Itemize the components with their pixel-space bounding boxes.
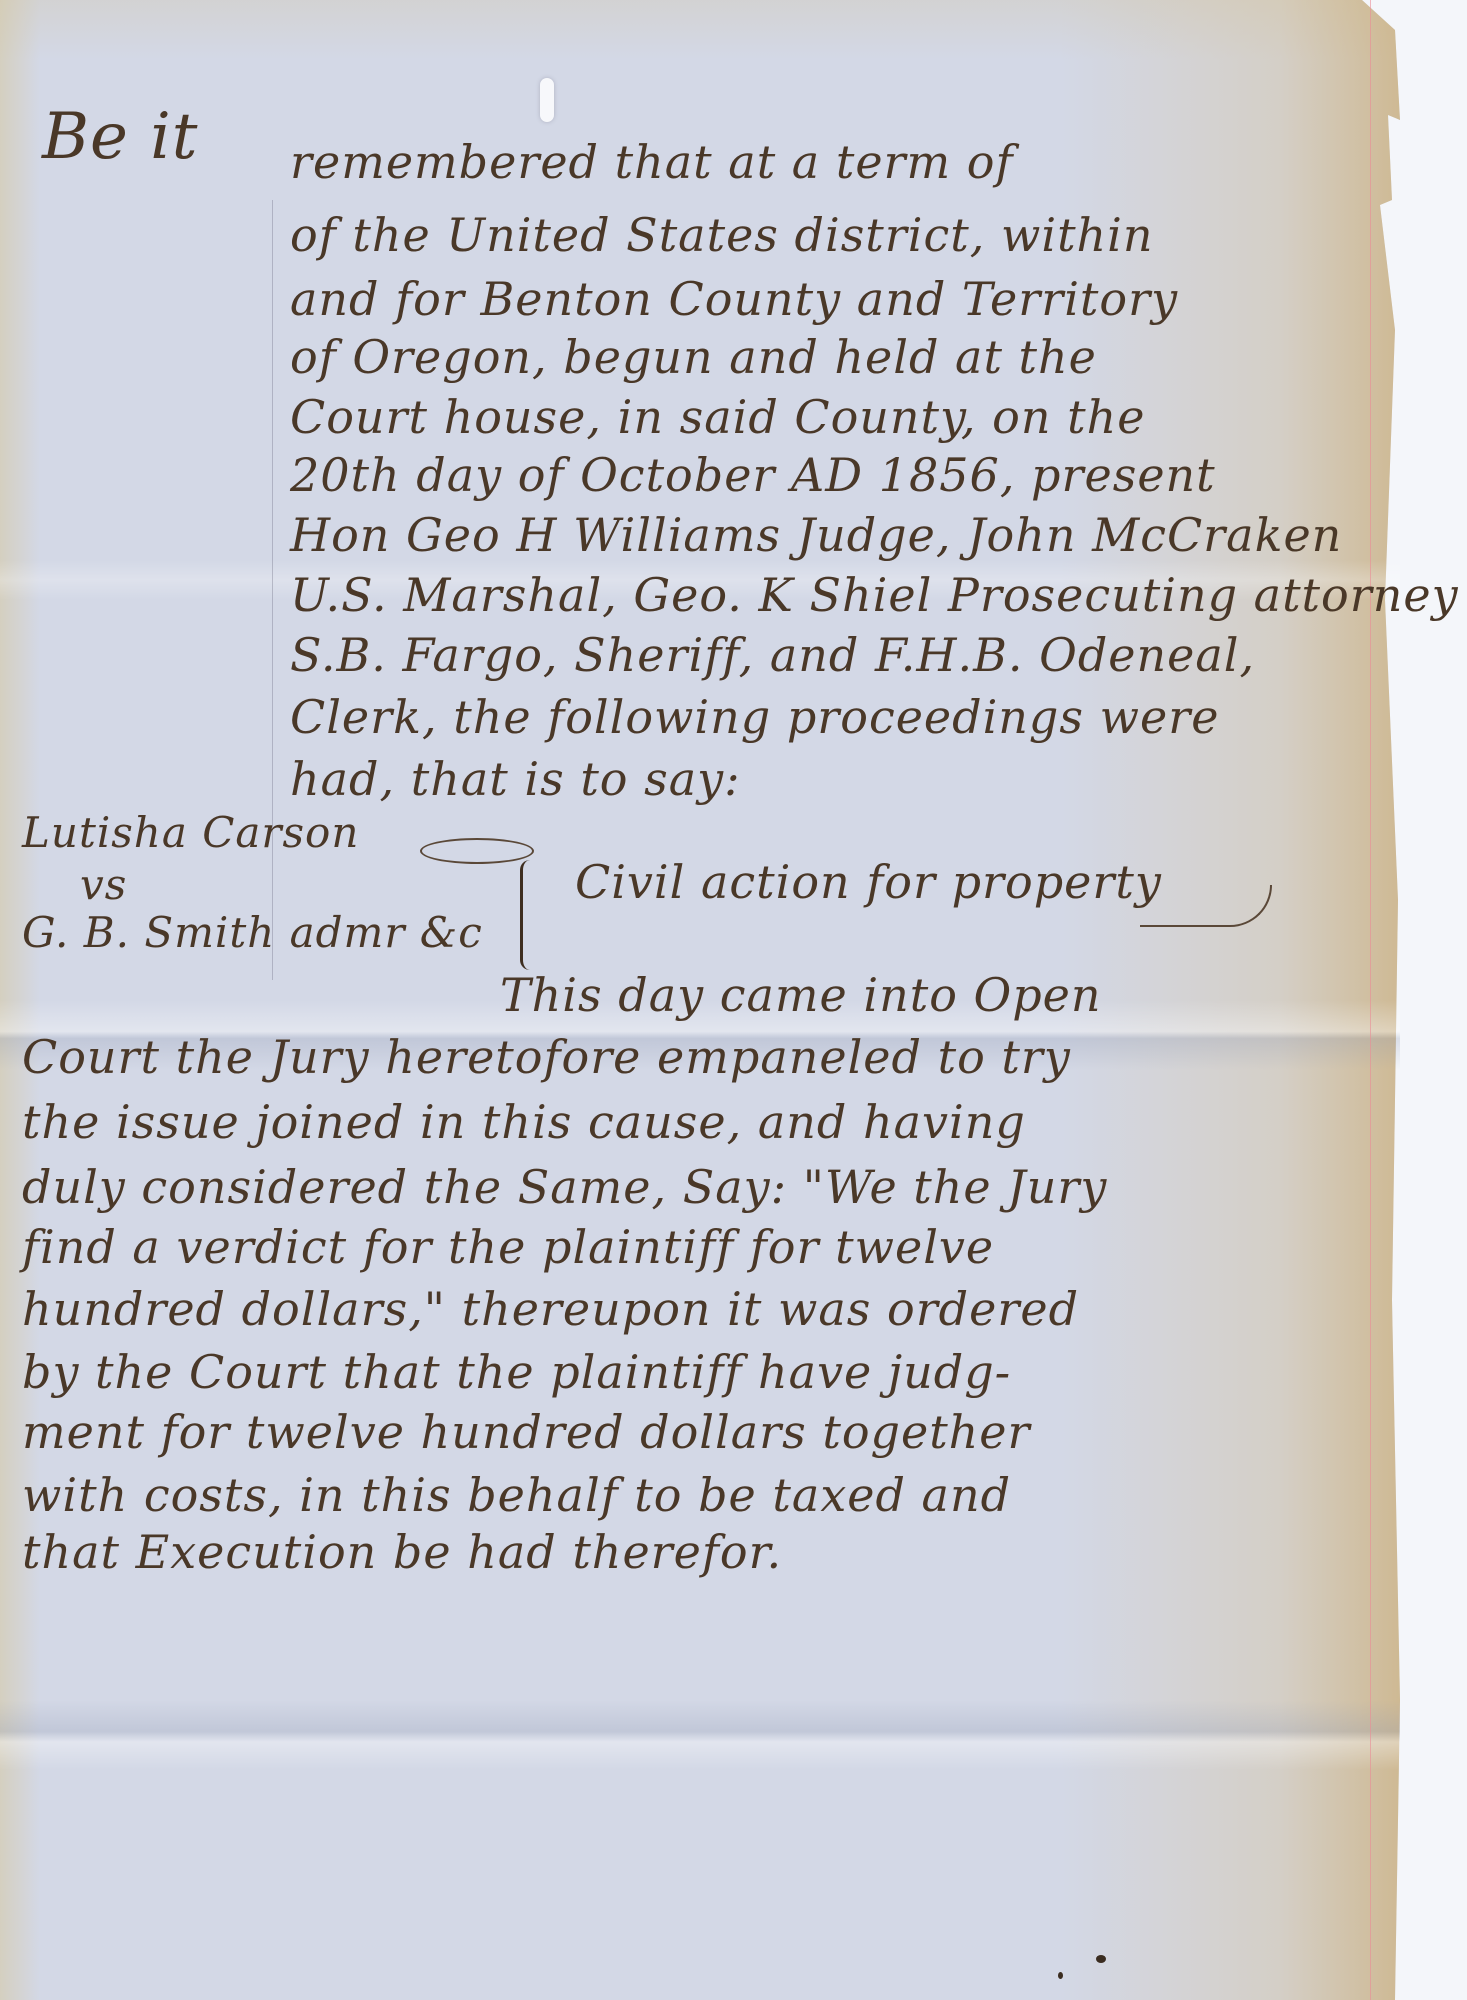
- preamble-opening: Be it: [42, 100, 198, 174]
- defendant-name: G. B. Smith admr &c: [22, 908, 483, 957]
- preamble-line: 20th day of October AD 1856, present: [290, 448, 1216, 502]
- preamble-line: S.B. Fargo, Sheriff, and F.H.B. Odeneal,: [290, 628, 1255, 682]
- preamble-line: Hon Geo H Williams Judge, John McCraken: [290, 508, 1342, 562]
- preamble-line: Clerk, the following proceedings were: [290, 690, 1219, 744]
- preamble-line: U.S. Marshal, Geo. K Shiel Prosecuting a…: [290, 568, 1459, 622]
- proceedings-line: find a verdict for the plaintiff for twe…: [22, 1220, 994, 1274]
- ink-blot: [1058, 1972, 1063, 1979]
- preamble-line: of the United States district, within: [290, 208, 1154, 262]
- preamble-line: Court house, in said County, on the: [290, 390, 1145, 444]
- proceedings-line: that Execution be had therefor.: [22, 1525, 782, 1579]
- action-description: Civil action for property: [575, 855, 1162, 909]
- flourish: [420, 838, 534, 864]
- caption-brace: [520, 860, 545, 970]
- paper-tear: [540, 78, 554, 122]
- versus-label: vs: [80, 860, 127, 909]
- proceedings-line: hundred dollars," thereupon it was order…: [22, 1282, 1079, 1336]
- proceedings-line: ment for twelve hundred dollars together: [22, 1405, 1031, 1459]
- ink-blot: [1096, 1955, 1106, 1963]
- proceedings-line: by the Court that the plaintiff have jud…: [22, 1345, 1011, 1399]
- margin-line: [1370, 0, 1371, 2000]
- ruling-line: [272, 200, 273, 980]
- proceedings-line: with costs, in this behalf to be taxed a…: [22, 1468, 1011, 1522]
- proceedings-line: the issue joined in this cause, and havi…: [22, 1095, 1026, 1149]
- preamble-line: and for Benton County and Territory: [290, 272, 1178, 326]
- proceedings-line: This day came into Open: [500, 968, 1102, 1022]
- proceedings-line: Court the Jury heretofore empaneled to t…: [22, 1030, 1071, 1084]
- preamble-line: of Oregon, begun and held at the: [290, 330, 1097, 384]
- preamble-line: had, that is to say:: [290, 752, 741, 806]
- paper-fold: [0, 1700, 1400, 1770]
- preamble-line: remembered that at a term of: [290, 135, 1014, 189]
- proceedings-line: duly considered the Same, Say: "We the J…: [22, 1160, 1107, 1214]
- plaintiff-name: Lutisha Carson: [22, 808, 359, 857]
